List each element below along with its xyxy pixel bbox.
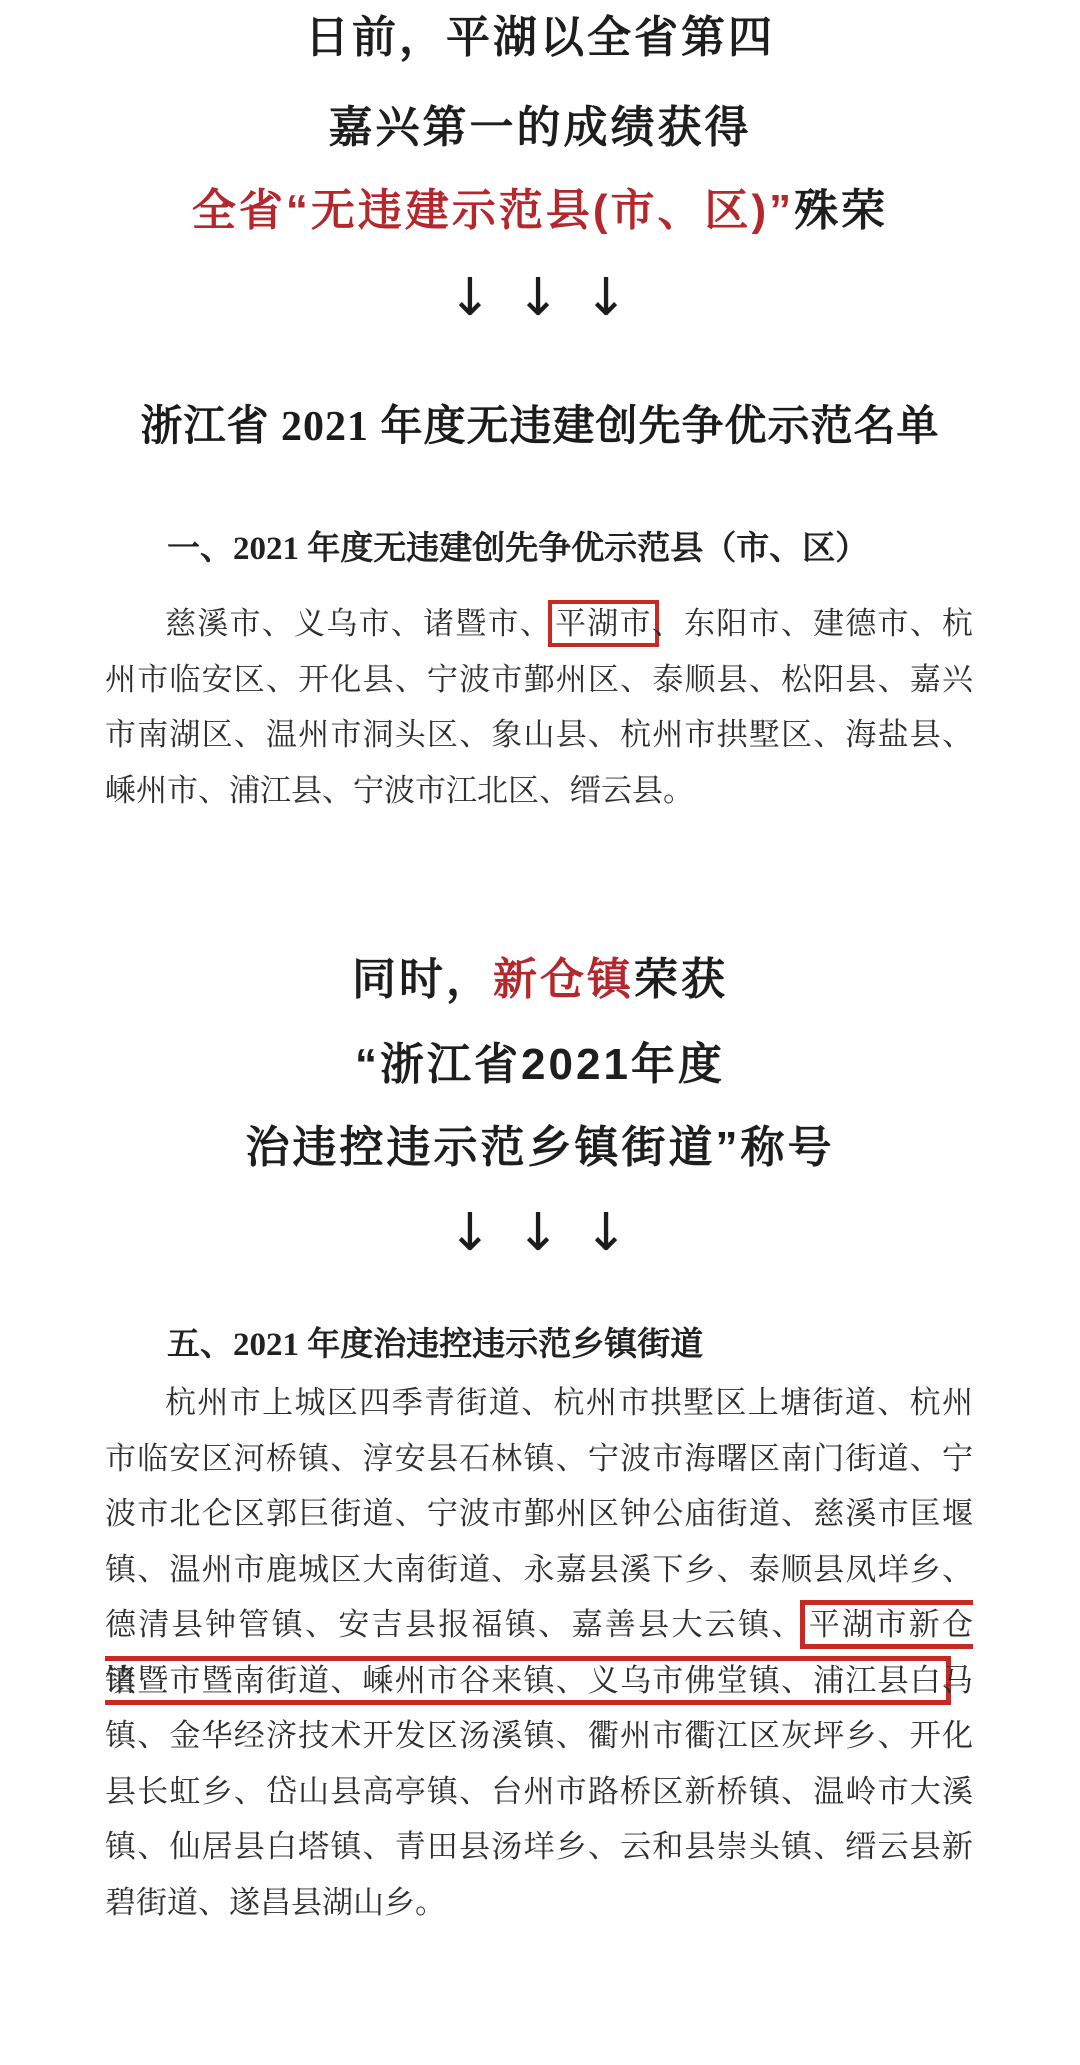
list-line-pre: 慈溪市、义乌市、诸暨市、 xyxy=(165,606,552,641)
transition-line-3: 治违控违示范乡镇街道”称号 xyxy=(0,1122,1080,1174)
list-line: 镇、仙居县白塔镇、青田县汤垟乡、云和县崇头镇、缙云县新 xyxy=(105,1819,973,1875)
list-line-post: 、东阳市、建德市、杭 xyxy=(652,606,973,641)
list-line: 嵊州市、浦江县、宁波市江北区、缙云县。 xyxy=(105,763,973,819)
down-arrows-icon: ↓ ↓ ↓ xyxy=(0,270,1080,326)
list-line: 波市北仑区郭巨街道、宁波市鄞州区钟公庙街道、慈溪市匡堰 xyxy=(105,1486,973,1542)
intro-line-3: 全省“无违建示范县(市、区)”殊荣 xyxy=(0,185,1080,237)
list-line: 诸暨市暨南街道、嵊州市谷来镇、义乌市佛堂镇、浦江县白马 xyxy=(105,1653,973,1709)
list-line: 镇、温州市鹿城区大南街道、永嘉县溪下乡、泰顺县凤垟乡、 xyxy=(105,1542,973,1598)
down-arrows-icon: ↓ ↓ ↓ xyxy=(0,1205,1080,1261)
pinghu-highlight-box: 平湖市 xyxy=(548,600,659,647)
list-line: 德清县钟管镇、安吉县报福镇、嘉善县大云镇、平湖市新仓镇、 xyxy=(105,1597,973,1653)
notice-title: 浙江省 2021 年度无违建创先争优示范名单 xyxy=(0,402,1080,452)
transition-line-2: “浙江省2021年度 xyxy=(0,1039,1080,1091)
transition-line-1-tail: 荣获 xyxy=(634,955,728,1004)
intro-line-3-red-award: 全省“无违建示范县(市、区)” xyxy=(192,186,794,235)
town-list-paragraph: 杭州市上城区四季青街道、杭州市拱墅区上塘街道、杭州 市临安区河桥镇、淳安县石林镇… xyxy=(105,1375,973,1930)
transition-line-1: 同时，新仓镇荣获 xyxy=(0,954,1080,1006)
list-line: 市临安区河桥镇、淳安县石林镇、宁波市海曙区南门街道、宁 xyxy=(105,1431,973,1487)
list-line: 县长虹乡、岱山县高亭镇、台州市路桥区新桥镇、温岭市大溪 xyxy=(105,1764,973,1820)
list-line-pre: 德清县钟管镇、安吉县报福镇、嘉善县大云镇、 xyxy=(105,1607,805,1642)
list-line: 碧街道、遂昌县湖山乡。 xyxy=(105,1875,973,1931)
intro-line-3-tail: 殊荣 xyxy=(794,186,888,235)
section-5-heading: 五、2021 年度治违控违示范乡镇街道 xyxy=(105,1324,975,1366)
list-line: 市南湖区、温州市洞头区、象山县、杭州市拱墅区、海盐县、 xyxy=(105,707,973,763)
intro-line-2: 嘉兴第一的成绩获得 xyxy=(0,102,1080,154)
list-line: 州市临安区、开化县、宁波市鄞州区、泰顺县、松阳县、嘉兴 xyxy=(105,652,973,708)
xincang-red-text: 新仓镇 xyxy=(493,955,634,1004)
article-page: 日前，平湖以全省第四 嘉兴第一的成绩获得 全省“无违建示范县(市、区)”殊荣 ↓… xyxy=(0,0,1080,2065)
county-list-paragraph: 慈溪市、义乌市、诸暨市、平湖市、东阳市、建德市、杭 州市临安区、开化县、宁波市鄞… xyxy=(105,596,973,818)
transition-line-1-pre: 同时， xyxy=(352,955,493,1004)
section-1-heading: 一、2021 年度无违建创先争优示范县（市、区） xyxy=(105,528,975,570)
list-line: 杭州市上城区四季青街道、杭州市拱墅区上塘街道、杭州 xyxy=(105,1375,973,1431)
list-line: 镇、金华经济技术开发区汤溪镇、衢州市衢江区灰坪乡、开化 xyxy=(105,1708,973,1764)
list-line: 慈溪市、义乌市、诸暨市、平湖市、东阳市、建德市、杭 xyxy=(105,596,973,652)
intro-line-1: 日前，平湖以全省第四 xyxy=(0,12,1080,64)
